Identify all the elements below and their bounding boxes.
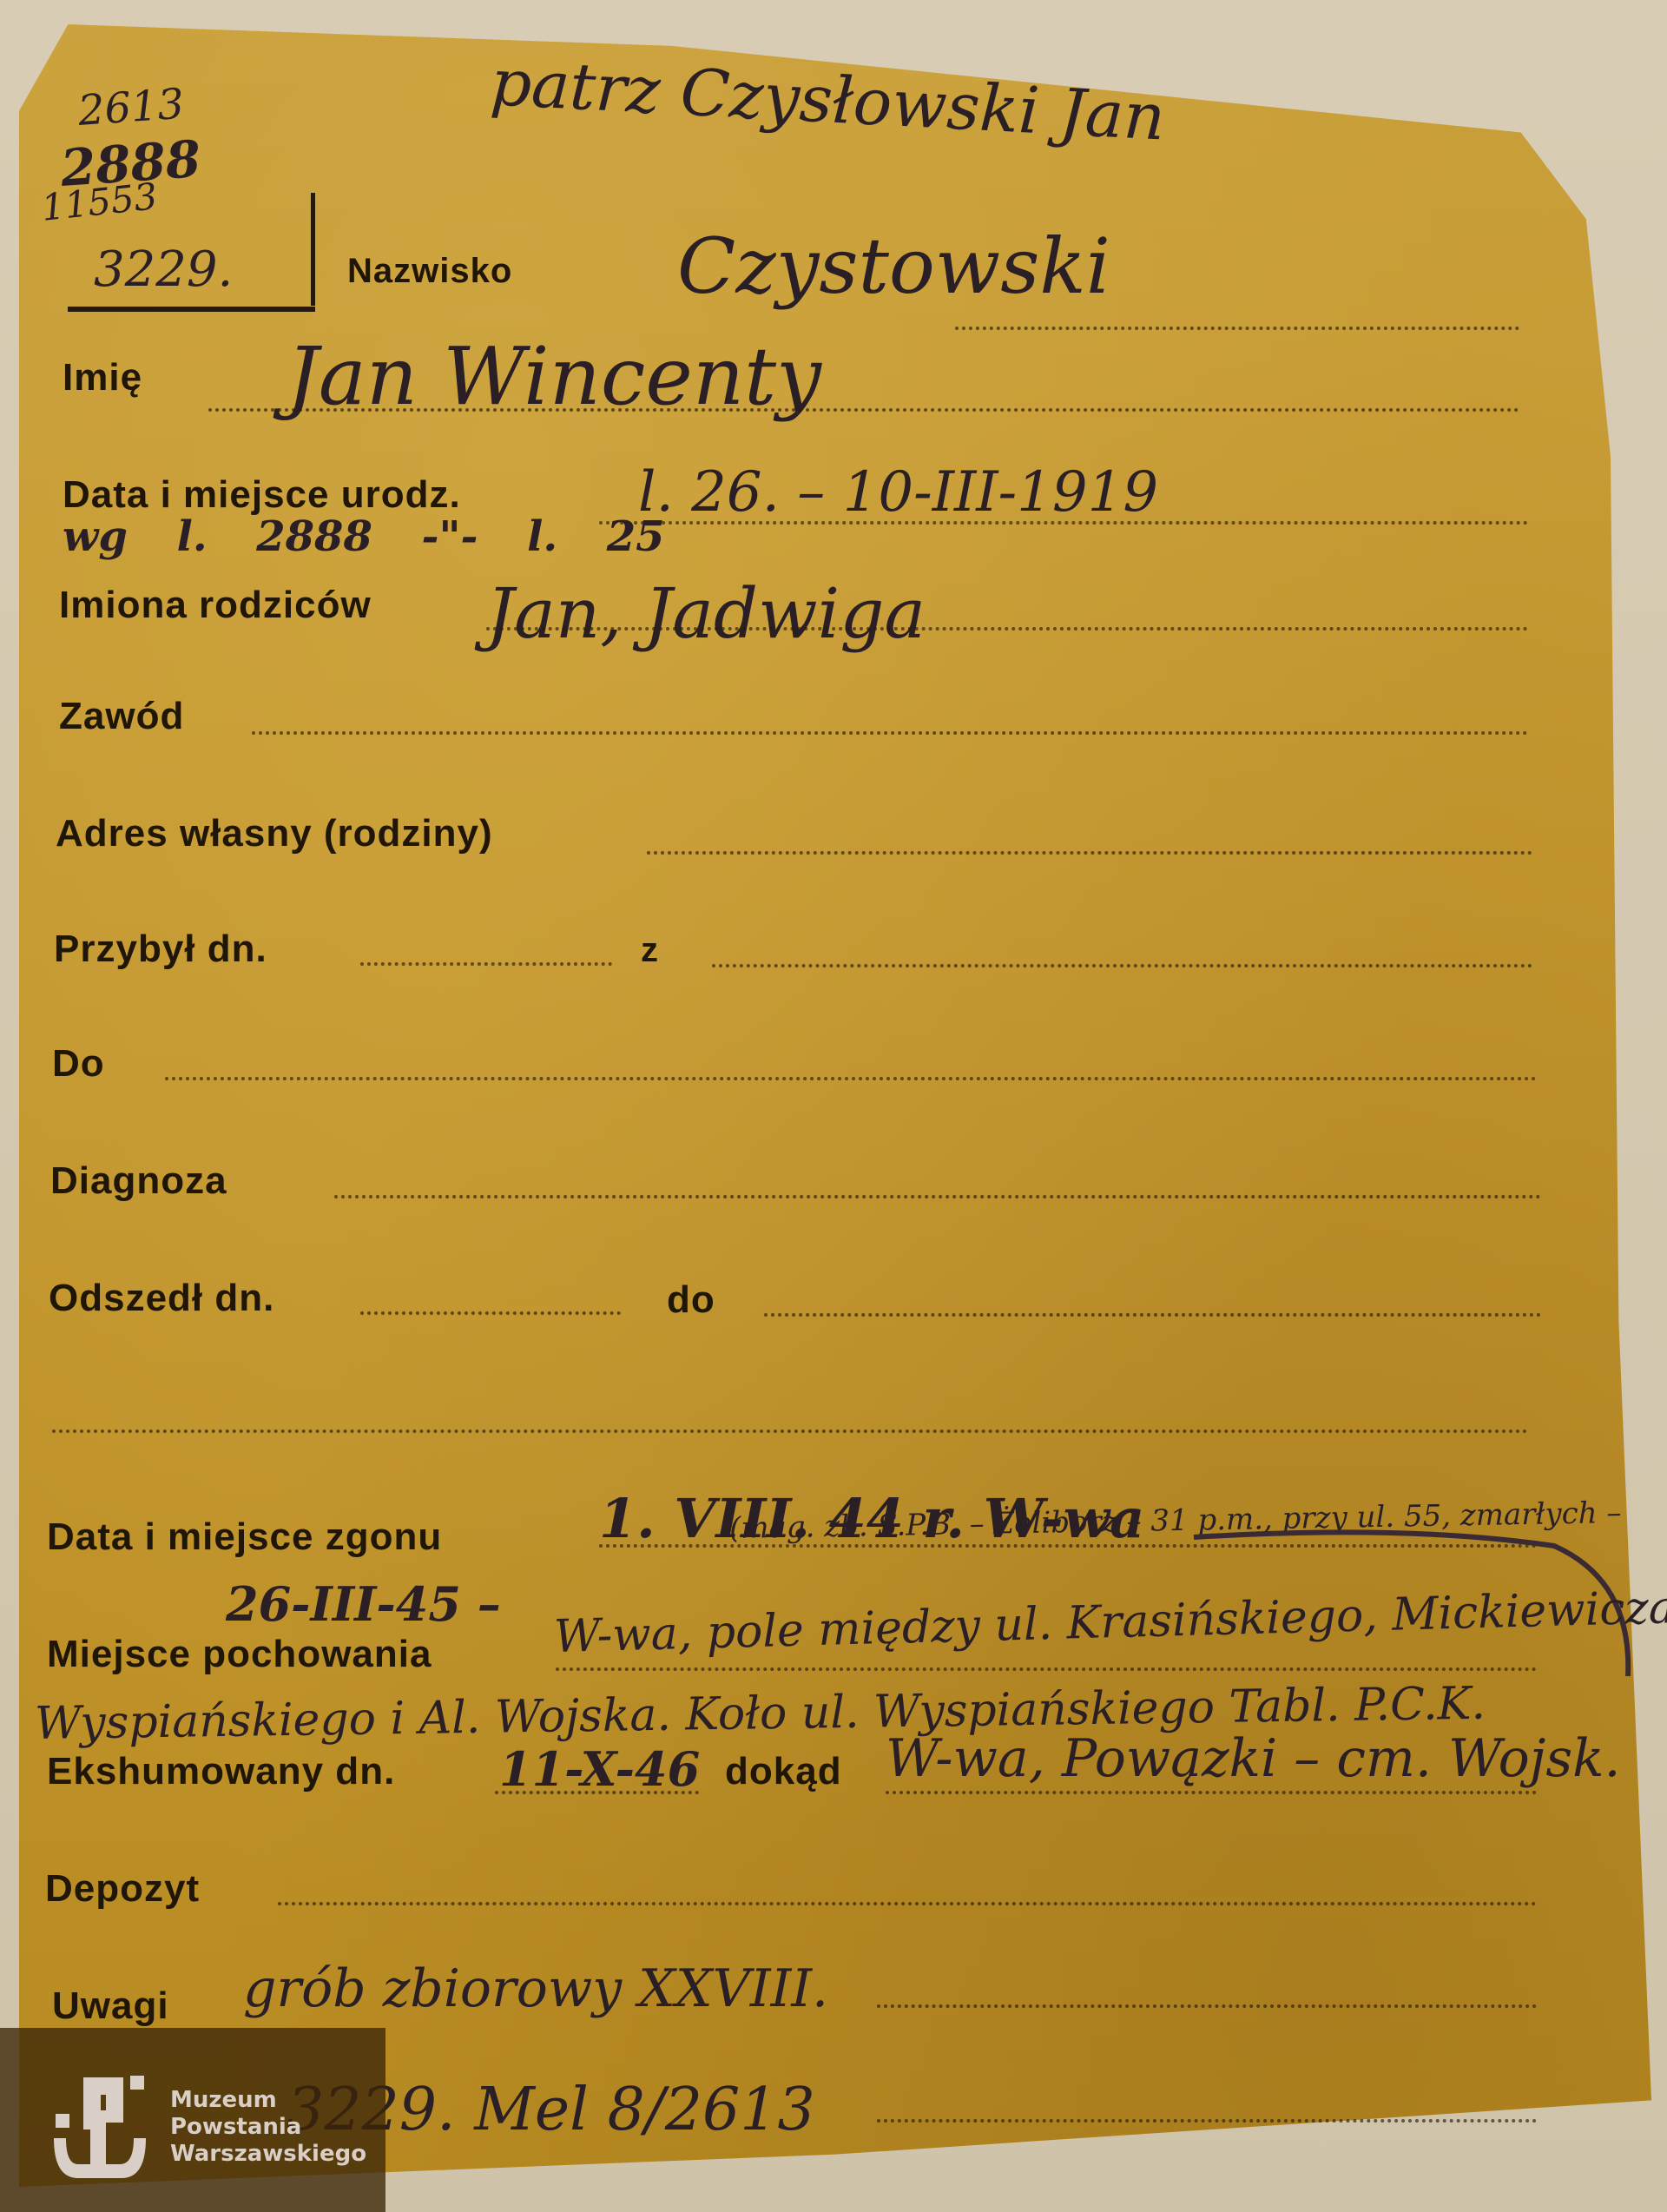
file-number-underline: [68, 307, 315, 312]
museum-watermark: Muzeum Powstania Warszawskiego: [0, 2028, 385, 2212]
exhumed-value[interactable]: 11-X-46: [499, 1741, 700, 1797]
birth-label: Data i miejsce urodz.: [63, 473, 461, 517]
exhumed-where-line: [886, 1791, 1537, 1794]
address-line[interactable]: [647, 851, 1532, 855]
surname-line: [955, 327, 1519, 330]
first-name-label: Imię: [63, 356, 142, 399]
registration-card: [19, 24, 1651, 2187]
first-name-line: [208, 408, 1519, 412]
arrived-from-label: z: [641, 931, 659, 970]
watermark-line-3: Warszawskiego: [170, 2141, 366, 2168]
parents-line: [486, 627, 1528, 631]
parents-label: Imiona rodziców: [59, 584, 372, 627]
watermark-line-1: Muzeum: [170, 2087, 366, 2114]
file-number-divider: [311, 193, 315, 306]
deposit-label: Depozyt: [45, 1867, 200, 1911]
kotwica-anchor-icon: [52, 2076, 148, 2180]
burial-label: Miejsce pochowania: [47, 1633, 432, 1676]
diagnosis-line[interactable]: [334, 1195, 1541, 1198]
diagnosis-label: Diagnoza: [50, 1159, 227, 1203]
to-label: Do: [52, 1042, 105, 1086]
to-line[interactable]: [165, 1077, 1537, 1080]
parents-value[interactable]: Jan, Jadwiga: [486, 573, 926, 654]
file-number-4: 3229.: [94, 241, 233, 298]
watermark-line-2: Powstania: [170, 2114, 366, 2141]
exhumed-label: Ekshumowany dn.: [47, 1750, 395, 1793]
exhumed-where-value[interactable]: W-wa, Powązki – cm. Wojsk.: [886, 1728, 1621, 1789]
remarks-ref-line: [877, 2119, 1537, 2123]
arrived-label: Przybył dn.: [54, 928, 267, 971]
burial-date-note: 26-III-45 –: [226, 1576, 501, 1632]
exhumed-line: [495, 1791, 699, 1794]
arrived-from-line[interactable]: [712, 964, 1532, 967]
remarks-label: Uwagi: [52, 1984, 169, 2028]
exhumed-where-label: dokąd: [725, 1750, 842, 1793]
profession-label: Zawód: [59, 695, 184, 738]
extra-blank-line: [52, 1430, 1528, 1433]
surname-label: Nazwisko: [347, 252, 512, 291]
departed-line[interactable]: [360, 1311, 621, 1315]
departed-to-line[interactable]: [764, 1313, 1541, 1317]
remarks-value[interactable]: grób zbiorowy XXVIII.: [243, 1958, 828, 2019]
arrived-line[interactable]: [360, 962, 612, 966]
departed-to-label: do: [667, 1278, 715, 1322]
burial-line: [556, 1667, 1537, 1671]
deposit-line[interactable]: [278, 1902, 1537, 1905]
departed-label: Odszedł dn.: [49, 1277, 274, 1320]
file-number-1: 2613: [76, 80, 186, 135]
death-label: Data i miejsce zgonu: [47, 1515, 442, 1559]
birth-value[interactable]: l. 26. – 10-III-1919: [638, 460, 1158, 525]
profession-line[interactable]: [252, 731, 1528, 735]
remarks-line: [877, 2004, 1537, 2008]
birth-note: wg l. 2888 -"- l. 25: [63, 512, 665, 561]
surname-value[interactable]: Czystowski: [677, 221, 1110, 311]
birth-line: [599, 521, 1528, 525]
address-label: Adres własny (rodziny): [56, 812, 493, 855]
